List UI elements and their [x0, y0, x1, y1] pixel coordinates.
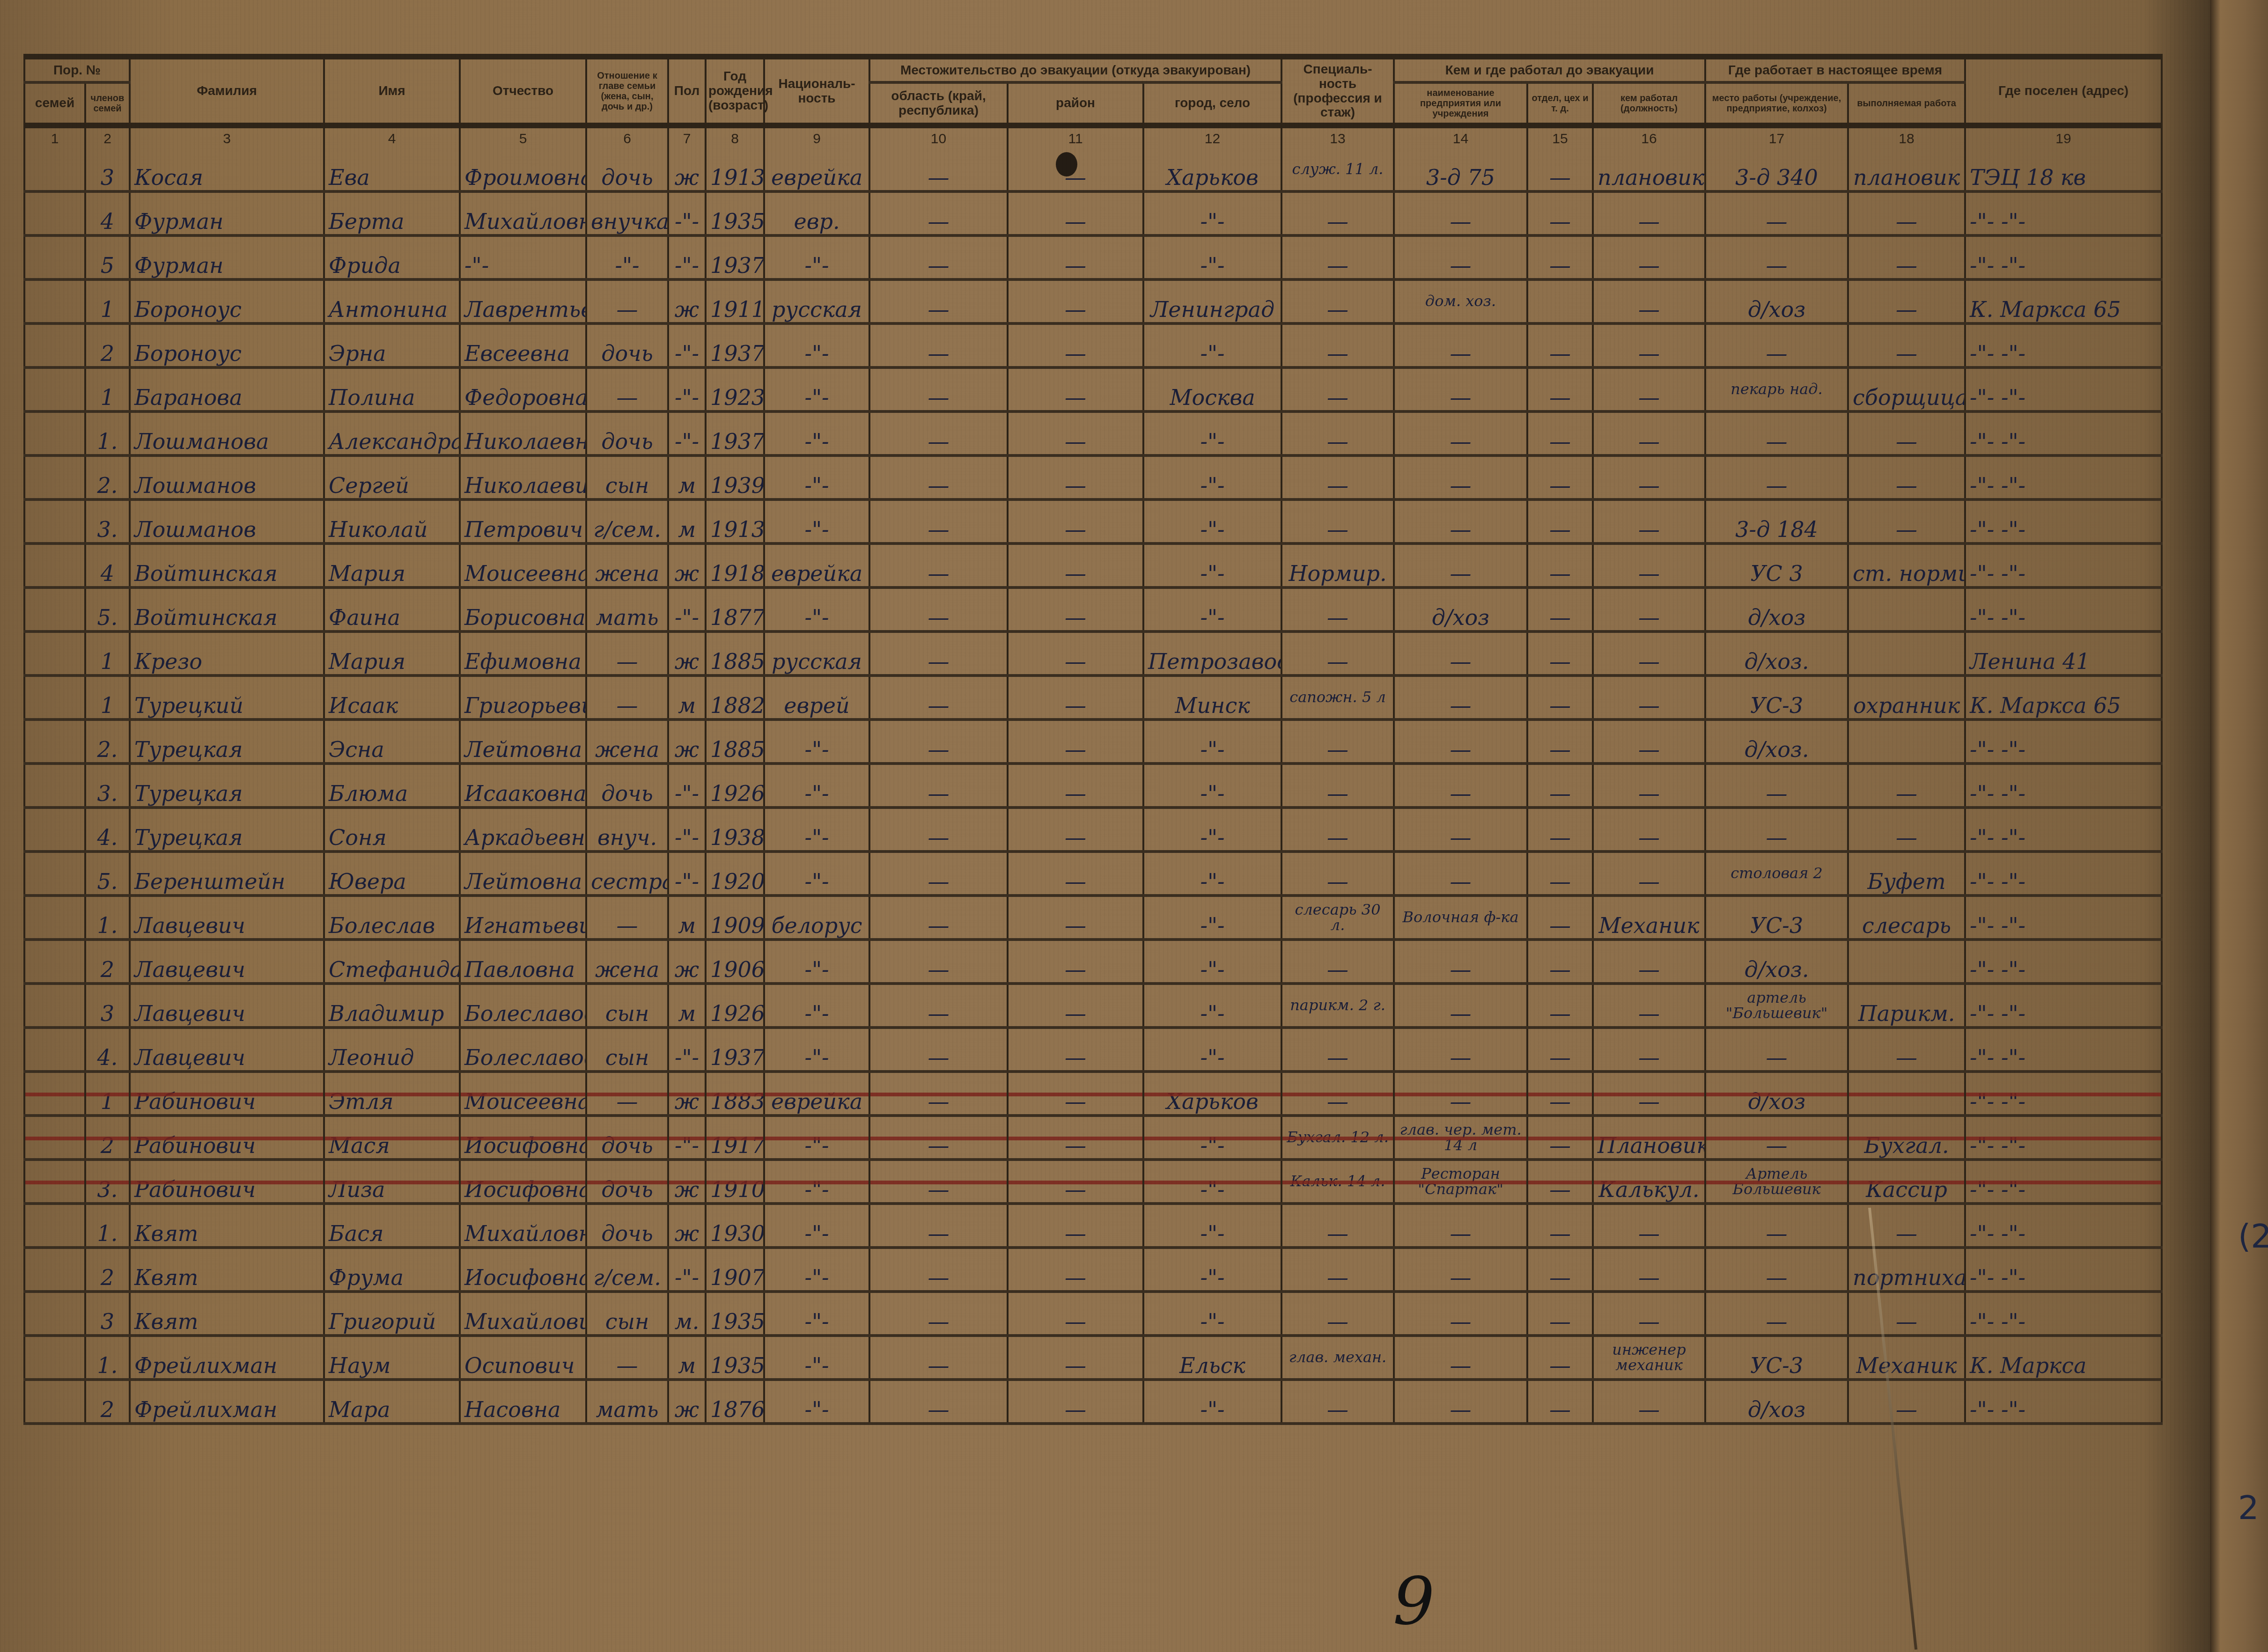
- header-surname: Фамилия: [130, 57, 324, 125]
- nationality-cell: еврейка: [764, 1072, 869, 1116]
- surname-cell: Квят: [130, 1204, 324, 1248]
- header-nationality: Националь- ность: [764, 57, 869, 125]
- specialty-cell: —: [1281, 940, 1394, 984]
- district-cell: —: [1008, 808, 1143, 852]
- column-number: 3: [130, 125, 324, 149]
- name-cell: Полина: [324, 367, 460, 411]
- birth-year-cell: 1938: [706, 808, 764, 852]
- current-place-cell: —: [1705, 235, 1848, 279]
- column-number: 18: [1848, 125, 1965, 149]
- dept-cell: —: [1527, 411, 1593, 455]
- patronymic-cell: Насовна: [460, 1380, 586, 1424]
- family-no: [24, 940, 85, 984]
- dept-cell: —: [1527, 499, 1593, 543]
- name-cell: Николай: [324, 499, 460, 543]
- dept-cell: —: [1527, 631, 1593, 675]
- family-no: [24, 1380, 85, 1424]
- position-cell: —: [1593, 764, 1705, 808]
- sex-cell: м.: [668, 1292, 706, 1336]
- family-no: [24, 235, 85, 279]
- surname-cell: Рабинович: [130, 1160, 324, 1204]
- position-cell: —: [1593, 191, 1705, 235]
- address-cell: -"- -"-: [1965, 1248, 2162, 1292]
- org-cell: дом. хоз.: [1394, 279, 1527, 323]
- header-residence-group: Местожительство до эвакуации (откуда эва…: [869, 57, 1281, 82]
- dept-cell: —: [1527, 1380, 1593, 1424]
- patronymic-cell: Петрович: [460, 499, 586, 543]
- name-cell: Наум: [324, 1336, 460, 1380]
- family-no: [24, 367, 85, 411]
- member-no: 1.: [85, 1336, 130, 1380]
- member-no: 2.: [85, 455, 130, 499]
- relation-cell: -"-: [586, 235, 668, 279]
- current-place-cell: —: [1705, 1116, 1848, 1160]
- relation-cell: —: [586, 631, 668, 675]
- nationality-cell: -"-: [764, 1292, 869, 1336]
- ledger-body: 3КосаяЕваФроимовнадочьж1913еврейка——Харь…: [24, 149, 2162, 1424]
- dept-cell: —: [1527, 675, 1593, 720]
- patronymic-cell: Лейтовна: [460, 852, 586, 896]
- sex-cell: -"-: [668, 411, 706, 455]
- district-cell: —: [1008, 411, 1143, 455]
- city-cell: -"-: [1143, 543, 1281, 587]
- relation-cell: внуч.: [586, 808, 668, 852]
- header-org: наименование предприятия или учреждения: [1394, 82, 1527, 125]
- header-relation: Отношение к главе семьи (жена, сын, дочь…: [586, 57, 668, 125]
- dept-cell: [1527, 279, 1593, 323]
- member-no: 1: [85, 1072, 130, 1116]
- relation-cell: жена: [586, 720, 668, 764]
- birth-year-cell: 1937: [706, 1028, 764, 1072]
- table-row: 2БороноусЭрнаЕвсеевнадочь-"-1937-"-——-"-…: [24, 323, 2162, 367]
- city-cell: -"-: [1143, 984, 1281, 1028]
- org-cell: —: [1394, 235, 1527, 279]
- org-cell: —: [1394, 455, 1527, 499]
- org-cell: —: [1394, 323, 1527, 367]
- name-cell: Ювера: [324, 852, 460, 896]
- sex-cell: ж: [668, 1204, 706, 1248]
- org-cell: —: [1394, 499, 1527, 543]
- dept-cell: —: [1527, 1028, 1593, 1072]
- current-place-cell: д/хоз.: [1705, 940, 1848, 984]
- city-cell: -"-: [1143, 720, 1281, 764]
- region-cell: —: [869, 279, 1008, 323]
- sex-cell: -"-: [668, 323, 706, 367]
- position-cell: —: [1593, 1028, 1705, 1072]
- city-cell: -"-: [1143, 587, 1281, 631]
- org-cell: д/хоз: [1394, 587, 1527, 631]
- patronymic-cell: Лаврентьевна: [460, 279, 586, 323]
- member-no: 3: [85, 149, 130, 191]
- name-cell: Этля: [324, 1072, 460, 1116]
- surname-cell: Бороноус: [130, 323, 324, 367]
- patronymic-cell: Михайловна: [460, 191, 586, 235]
- org-cell: —: [1394, 1248, 1527, 1292]
- surname-cell: Фрейлихман: [130, 1336, 324, 1380]
- city-cell: -"-: [1143, 499, 1281, 543]
- specialty-cell: Кальк. 14 л.: [1281, 1160, 1394, 1204]
- dept-cell: —: [1527, 1248, 1593, 1292]
- name-cell: Соня: [324, 808, 460, 852]
- name-cell: Александра: [324, 411, 460, 455]
- dept-cell: —: [1527, 852, 1593, 896]
- column-number: 16: [1593, 125, 1705, 149]
- column-number: 8: [706, 125, 764, 149]
- nationality-cell: -"-: [764, 1160, 869, 1204]
- family-no: [24, 323, 85, 367]
- member-no: 4: [85, 543, 130, 587]
- member-no: 2: [85, 1380, 130, 1424]
- name-cell: Сергей: [324, 455, 460, 499]
- birth-year-cell: 1877: [706, 587, 764, 631]
- nationality-cell: еврей: [764, 675, 869, 720]
- address-cell: -"- -"-: [1965, 984, 2162, 1028]
- relation-cell: сестра: [586, 852, 668, 896]
- margin-mark: (2: [2238, 1217, 2268, 1256]
- member-no: 3.: [85, 499, 130, 543]
- current-place-cell: 3-д 340: [1705, 149, 1848, 191]
- relation-cell: —: [586, 367, 668, 411]
- current-job-cell: Механик: [1848, 1336, 1965, 1380]
- table-row: 3ЛавцевичВладимирБолеславовичсынм1926-"-…: [24, 984, 2162, 1028]
- column-number: 13: [1281, 125, 1394, 149]
- column-number: 10: [869, 125, 1008, 149]
- family-no: [24, 675, 85, 720]
- current-place-cell: д/хоз: [1705, 1072, 1848, 1116]
- region-cell: —: [869, 675, 1008, 720]
- district-cell: —: [1008, 1072, 1143, 1116]
- surname-cell: Бороноус: [130, 279, 324, 323]
- name-cell: Мара: [324, 1380, 460, 1424]
- dept-cell: —: [1527, 455, 1593, 499]
- table-row: 2.ЛошмановСергейНиколаевичсынм1939-"-——-…: [24, 455, 2162, 499]
- current-job-cell: плановик: [1848, 149, 1965, 191]
- table-row: 1.ЛошмановаАлександраНиколаевнадочь-"-19…: [24, 411, 2162, 455]
- member-no: 3: [85, 1292, 130, 1336]
- surname-cell: Лавцевич: [130, 984, 324, 1028]
- relation-cell: —: [586, 1336, 668, 1380]
- position-cell: —: [1593, 455, 1705, 499]
- nationality-cell: -"-: [764, 367, 869, 411]
- city-cell: -"-: [1143, 896, 1281, 940]
- district-cell: —: [1008, 1336, 1143, 1380]
- birth-year-cell: 1935: [706, 191, 764, 235]
- org-cell: —: [1394, 367, 1527, 411]
- org-cell: —: [1394, 631, 1527, 675]
- region-cell: —: [869, 1160, 1008, 1204]
- specialty-cell: парикм. 2 г.: [1281, 984, 1394, 1028]
- relation-cell: сын: [586, 1292, 668, 1336]
- current-place-cell: 3-д 184: [1705, 499, 1848, 543]
- city-cell: Ельск: [1143, 1336, 1281, 1380]
- address-cell: -"- -"-: [1965, 1028, 2162, 1072]
- header-dept: отдел, цех и т. д.: [1527, 82, 1593, 125]
- sex-cell: ж: [668, 1380, 706, 1424]
- relation-cell: —: [586, 675, 668, 720]
- current-job-cell: —: [1848, 411, 1965, 455]
- member-no: 1: [85, 631, 130, 675]
- surname-cell: Лавцевич: [130, 940, 324, 984]
- surname-cell: Лошманов: [130, 455, 324, 499]
- address-cell: -"- -"-: [1965, 720, 2162, 764]
- specialty-cell: —: [1281, 1072, 1394, 1116]
- specialty-cell: —: [1281, 1204, 1394, 1248]
- family-no: [24, 1116, 85, 1160]
- birth-year-cell: 1917: [706, 1116, 764, 1160]
- position-cell: —: [1593, 984, 1705, 1028]
- table-row: 2РабиновичМасяИосифовнадочь-"-1917-"-——-…: [24, 1116, 2162, 1160]
- surname-cell: Фурман: [130, 235, 324, 279]
- city-cell: Минск: [1143, 675, 1281, 720]
- city-cell: -"-: [1143, 1204, 1281, 1248]
- header-settled-group: Где поселен (адрес): [1965, 57, 2162, 125]
- region-cell: —: [869, 191, 1008, 235]
- address-cell: -"- -"-: [1965, 367, 2162, 411]
- current-job-cell: —: [1848, 455, 1965, 499]
- region-cell: —: [869, 1336, 1008, 1380]
- position-cell: —: [1593, 587, 1705, 631]
- table-row: 3.РабиновичЛизаИосифовнадочьж1910-"-——-"…: [24, 1160, 2162, 1204]
- column-number: 11: [1008, 125, 1143, 149]
- relation-cell: сын: [586, 1028, 668, 1072]
- dept-cell: —: [1527, 1072, 1593, 1116]
- district-cell: —: [1008, 631, 1143, 675]
- patronymic-cell: Моисеевна: [460, 543, 586, 587]
- patronymic-cell: Иосифовна: [460, 1116, 586, 1160]
- dept-cell: —: [1527, 367, 1593, 411]
- current-job-cell: Буфет: [1848, 852, 1965, 896]
- current-place-cell: —: [1705, 1248, 1848, 1292]
- patronymic-cell: Павловна: [460, 940, 586, 984]
- header-settled-title: Где поселен (адрес): [1998, 83, 2128, 98]
- current-job-cell: —: [1848, 1292, 1965, 1336]
- patronymic-cell: Федоровна: [460, 367, 586, 411]
- surname-cell: Турецкая: [130, 808, 324, 852]
- sex-cell: -"-: [668, 1248, 706, 1292]
- sex-cell: м: [668, 896, 706, 940]
- header-seq-no: Пор. №: [24, 57, 130, 82]
- patronymic-cell: Николаевна: [460, 411, 586, 455]
- region-cell: —: [869, 1028, 1008, 1072]
- region-cell: —: [869, 455, 1008, 499]
- current-place-cell: —: [1705, 455, 1848, 499]
- region-cell: —: [869, 1380, 1008, 1424]
- district-cell: —: [1008, 852, 1143, 896]
- region-cell: —: [869, 940, 1008, 984]
- relation-cell: жена: [586, 543, 668, 587]
- column-number: 12: [1143, 125, 1281, 149]
- district-cell: —: [1008, 1380, 1143, 1424]
- member-no: 4: [85, 191, 130, 235]
- address-cell: -"- -"-: [1965, 1072, 2162, 1116]
- family-no: [24, 808, 85, 852]
- table-row: 3КосаяЕваФроимовнадочьж1913еврейка——Харь…: [24, 149, 2162, 191]
- table-row: 2ЛавцевичСтефанидаПавловнаженаж1906-"-——…: [24, 940, 2162, 984]
- nationality-cell: -"-: [764, 455, 869, 499]
- region-cell: —: [869, 896, 1008, 940]
- specialty-cell: —: [1281, 631, 1394, 675]
- header-members: членов семей: [85, 82, 130, 125]
- position-cell: —: [1593, 675, 1705, 720]
- org-cell: —: [1394, 984, 1527, 1028]
- patronymic-cell: Михайловна: [460, 1204, 586, 1248]
- specialty-cell: —: [1281, 808, 1394, 852]
- header-patronymic: Отчество: [460, 57, 586, 125]
- patronymic-cell: Игнатьевич: [460, 896, 586, 940]
- member-no: 1: [85, 675, 130, 720]
- table-row: 5.БеренштейнЮвераЛейтовнасестра-"-1920-"…: [24, 852, 2162, 896]
- sex-cell: ж: [668, 720, 706, 764]
- family-no: [24, 411, 85, 455]
- current-place-cell: —: [1705, 323, 1848, 367]
- specialty-cell: —: [1281, 455, 1394, 499]
- birth-year-cell: 1909: [706, 896, 764, 940]
- specialty-cell: —: [1281, 367, 1394, 411]
- position-cell: —: [1593, 808, 1705, 852]
- name-cell: Фрида: [324, 235, 460, 279]
- city-cell: -"-: [1143, 808, 1281, 852]
- position-cell: —: [1593, 720, 1705, 764]
- family-no: [24, 984, 85, 1028]
- column-number: 14: [1394, 125, 1527, 149]
- dept-cell: —: [1527, 1204, 1593, 1248]
- relation-cell: дочь: [586, 764, 668, 808]
- specialty-cell: —: [1281, 764, 1394, 808]
- org-cell: —: [1394, 1292, 1527, 1336]
- family-no: [24, 1072, 85, 1116]
- position-cell: —: [1593, 1204, 1705, 1248]
- table-row: 2.ТурецкаяЭснаЛейтовнаженаж1885-"-——-"-—…: [24, 720, 2162, 764]
- sex-cell: м: [668, 1336, 706, 1380]
- relation-cell: дочь: [586, 1116, 668, 1160]
- address-cell: -"- -"-: [1965, 1380, 2162, 1424]
- name-cell: Блюма: [324, 764, 460, 808]
- address-cell: -"- -"-: [1965, 1292, 2162, 1336]
- nationality-cell: -"-: [764, 1116, 869, 1160]
- current-job-cell: —: [1848, 191, 1965, 235]
- relation-cell: г/сем.: [586, 499, 668, 543]
- dept-cell: —: [1527, 940, 1593, 984]
- sex-cell: -"-: [668, 852, 706, 896]
- region-cell: —: [869, 1116, 1008, 1160]
- address-cell: К. Маркса 65: [1965, 675, 2162, 720]
- position-cell: —: [1593, 1072, 1705, 1116]
- specialty-cell: —: [1281, 1028, 1394, 1072]
- relation-cell: мать: [586, 587, 668, 631]
- position-cell: —: [1593, 1380, 1705, 1424]
- birth-year-cell: 1937: [706, 411, 764, 455]
- member-no: 5: [85, 235, 130, 279]
- address-cell: -"- -"-: [1965, 1160, 2162, 1204]
- dept-cell: —: [1527, 764, 1593, 808]
- surname-cell: Лошманов: [130, 499, 324, 543]
- specialty-cell: Нормир.: [1281, 543, 1394, 587]
- patronymic-cell: Николаевич: [460, 455, 586, 499]
- birth-year-cell: 1920: [706, 852, 764, 896]
- header-prior-work-group: Кем и где работал до эвакуации: [1394, 57, 1705, 82]
- dept-cell: —: [1527, 808, 1593, 852]
- column-number: 19: [1965, 125, 2162, 149]
- current-job-cell: Парикм.: [1848, 984, 1965, 1028]
- family-no: [24, 720, 85, 764]
- table-row: 4.ТурецкаяСоняАркадьевнавнуч.-"-1938-"-—…: [24, 808, 2162, 852]
- table-row: 2ФрейлихманМараНасовнаматьж1876-"-——-"-—…: [24, 1380, 2162, 1424]
- specialty-cell: —: [1281, 279, 1394, 323]
- position-cell: —: [1593, 367, 1705, 411]
- city-cell: Харьков: [1143, 1072, 1281, 1116]
- city-cell: -"-: [1143, 323, 1281, 367]
- member-no: 2.: [85, 720, 130, 764]
- address-cell: -"- -"-: [1965, 587, 2162, 631]
- birth-year-cell: 1911: [706, 279, 764, 323]
- member-no: 2: [85, 1116, 130, 1160]
- district-cell: —: [1008, 1116, 1143, 1160]
- name-cell: Исаак: [324, 675, 460, 720]
- nationality-cell: -"-: [764, 235, 869, 279]
- current-place-cell: —: [1705, 764, 1848, 808]
- current-job-cell: ст. нормир.: [1848, 543, 1965, 587]
- specialty-cell: —: [1281, 235, 1394, 279]
- relation-cell: мать: [586, 1380, 668, 1424]
- family-no: [24, 149, 85, 191]
- patronymic-cell: Болеславович: [460, 984, 586, 1028]
- nationality-cell: -"-: [764, 940, 869, 984]
- address-cell: -"- -"-: [1965, 499, 2162, 543]
- nationality-cell: -"-: [764, 323, 869, 367]
- member-no: 1.: [85, 411, 130, 455]
- org-cell: глав. чер. мет. 14 л: [1394, 1116, 1527, 1160]
- region-cell: —: [869, 852, 1008, 896]
- column-number: 6: [586, 125, 668, 149]
- city-cell: -"-: [1143, 191, 1281, 235]
- family-no: [24, 631, 85, 675]
- current-place-cell: УС 3: [1705, 543, 1848, 587]
- nationality-cell: -"-: [764, 984, 869, 1028]
- name-cell: Мария: [324, 631, 460, 675]
- family-no: [24, 191, 85, 235]
- nationality-cell: -"-: [764, 411, 869, 455]
- city-cell: Петрозаводск: [1143, 631, 1281, 675]
- column-number: 4: [324, 125, 460, 149]
- header-district: район: [1008, 82, 1143, 125]
- birth-year-cell: 1939: [706, 455, 764, 499]
- district-cell: —: [1008, 1292, 1143, 1336]
- current-place-cell: УС-3: [1705, 1336, 1848, 1380]
- current-place-cell: —: [1705, 191, 1848, 235]
- current-job-cell: сборщица: [1848, 367, 1965, 411]
- header-current-work-group: Где работает в настоящее время: [1705, 57, 1965, 82]
- nationality-cell: -"-: [764, 587, 869, 631]
- patronymic-cell: Аркадьевна: [460, 808, 586, 852]
- district-cell: —: [1008, 543, 1143, 587]
- address-cell: -"- -"-: [1965, 808, 2162, 852]
- sex-cell: м: [668, 499, 706, 543]
- surname-cell: Квят: [130, 1248, 324, 1292]
- table-row: 1.КвятБасяМихайловнадочьж1930-"-——-"-———…: [24, 1204, 2162, 1248]
- sex-cell: -"-: [668, 235, 706, 279]
- birth-year-cell: 1883: [706, 1072, 764, 1116]
- relation-cell: сын: [586, 455, 668, 499]
- dept-cell: —: [1527, 149, 1593, 191]
- birth-year-cell: 1913: [706, 499, 764, 543]
- position-cell: —: [1593, 852, 1705, 896]
- org-cell: —: [1394, 1380, 1527, 1424]
- surname-cell: Косая: [130, 149, 324, 191]
- member-no: 3.: [85, 764, 130, 808]
- patronymic-cell: Моисеевна: [460, 1072, 586, 1116]
- org-cell: —: [1394, 1336, 1527, 1380]
- family-no: [24, 587, 85, 631]
